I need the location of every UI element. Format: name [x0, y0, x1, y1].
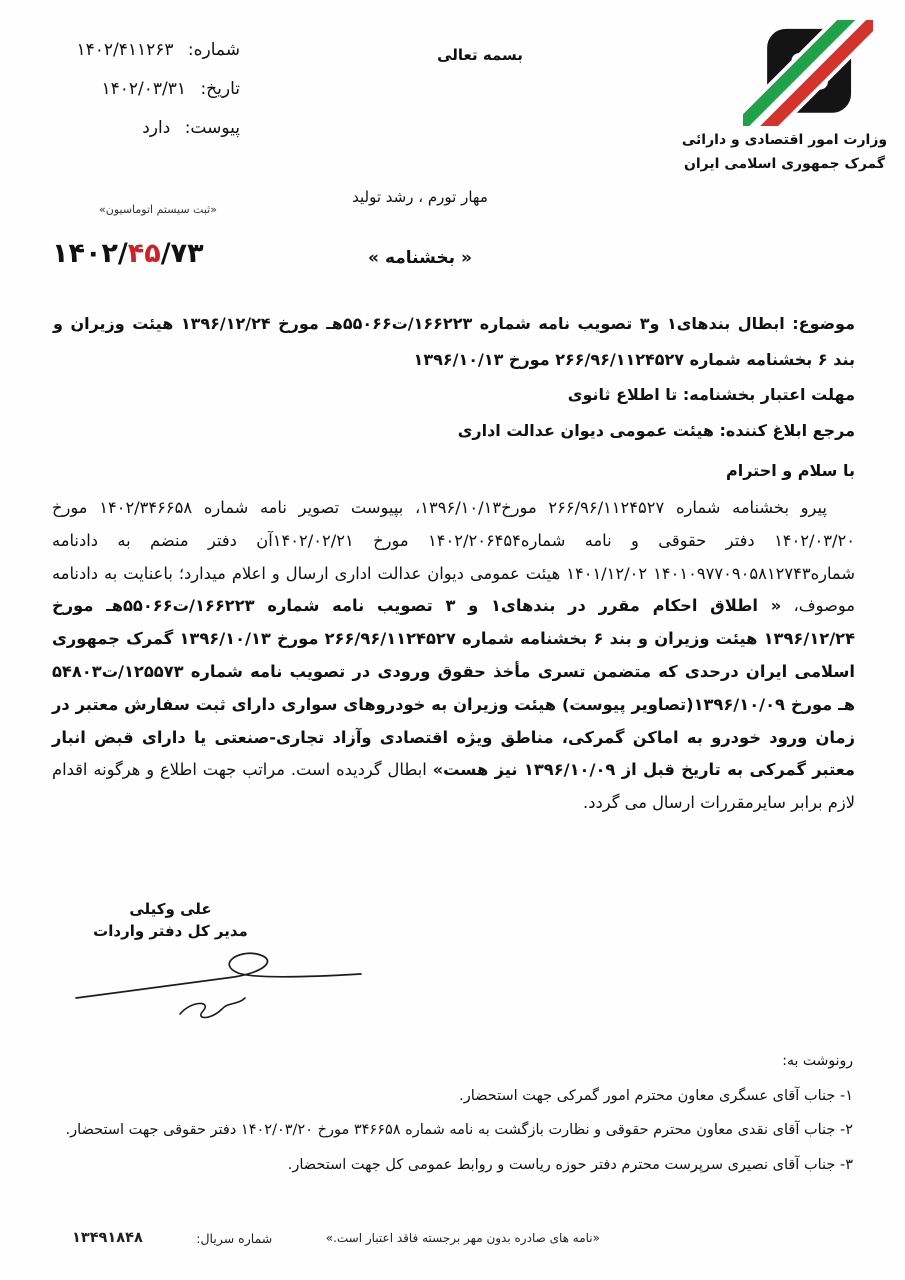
cc-item: ۲- جناب آقای نقدی معاون محترم حقوقی و نظ… — [53, 1113, 853, 1148]
subject-line: موضوع: ابطال بندهای۱ و۳ تصویب نامه شماره… — [53, 306, 855, 377]
body-segment-quote: « اطلاق احکام مقرر در بندهای۱ و ۳ تصویب … — [52, 596, 855, 779]
serial-label: شماره سریال: — [196, 1231, 272, 1246]
cc-block: رونوشت به: ۱- جناب آقای عسگری معاون محتر… — [53, 1044, 853, 1182]
signature-stroke-icon — [68, 938, 368, 1028]
year-slogan: مهار تورم ، رشد تولید — [330, 188, 510, 206]
letter-meta: شماره: ۱۴۰۲/۴۱۱۲۶۳ تاریخ: ۱۴۰۲/۰۳/۳۱ پیو… — [50, 40, 240, 157]
letter-number-value: ۱۴۰۲/۴۱۱۲۶۳ — [76, 40, 173, 60]
body-paragraph: پیرو بخشنامه شماره ۲۶۶/۹۶/۱۱۲۴۵۲۷ مورخ۱۳… — [52, 492, 855, 820]
letter-number-label: شماره: — [188, 40, 240, 60]
bismillah-text: بسمه تعالی — [390, 46, 570, 64]
cc-item: ۱- جناب آقای عسگری معاون محترم امور گمرک… — [53, 1079, 853, 1114]
signer-name: علی وکیلی — [58, 898, 283, 920]
circular-number-middle: ۴۵ — [128, 238, 161, 269]
cc-item: ۳- جناب آقای نصیری سرپرست محترم دفتر حوز… — [53, 1148, 853, 1183]
letter-attachment-value: دارد — [142, 118, 170, 138]
customs-logo — [733, 20, 883, 130]
organization-names: وزارت امور اقتصادی و دارائی گمرک جمهوری … — [677, 128, 892, 176]
letter-date-row: تاریخ: ۱۴۰۲/۰۳/۳۱ — [50, 79, 240, 99]
signature-block: علی وکیلی مدیر کل دفتر واردات — [58, 898, 283, 942]
circular-letter-page: شماره: ۱۴۰۲/۴۱۱۲۶۳ تاریخ: ۱۴۰۲/۰۳/۳۱ پیو… — [0, 0, 905, 1280]
customs-logo-icon — [743, 20, 873, 126]
authority-line: مرجع ابلاغ کننده: هیئت عمومی دیوان عدالت… — [53, 413, 855, 449]
salutation: با سلام و احترام — [53, 461, 855, 480]
circular-heading: « بخشنامه » — [355, 248, 485, 268]
letter-date-label: تاریخ: — [200, 79, 240, 99]
customs-name: گمرک جمهوری اسلامی ایران — [677, 152, 892, 176]
letter-number-row: شماره: ۱۴۰۲/۴۱۱۲۶۳ — [50, 40, 240, 60]
cc-label: رونوشت به: — [53, 1044, 853, 1079]
handwritten-signature — [68, 938, 368, 1032]
circular-number: ۱۴۰۲/۴۵/۷۳ — [52, 238, 204, 269]
automation-note: «ثبت سیستم اتوماسیون» — [88, 203, 228, 216]
circular-number-suffix: /۷۳ — [161, 238, 204, 269]
serial-value: ۱۳۴۹۱۸۴۸ — [72, 1230, 143, 1246]
letter-date-value: ۱۴۰۲/۰۳/۳۱ — [102, 79, 187, 99]
footer: «نامه های صادره بدون مهر برجسته فاقد اعت… — [72, 1230, 600, 1246]
letter-attachment-row: پیوست: دارد — [50, 118, 240, 138]
footer-notice: «نامه های صادره بدون مهر برجسته فاقد اعت… — [326, 1231, 600, 1245]
subject-block: موضوع: ابطال بندهای۱ و۳ تصویب نامه شماره… — [53, 306, 855, 448]
circular-number-year: ۱۴۰۲/ — [52, 238, 128, 269]
validity-line: مهلت اعتبار بخشنامه: تا اطلاع ثانوی — [53, 377, 855, 413]
ministry-name: وزارت امور اقتصادی و دارائی — [677, 128, 892, 152]
letter-attachment-label: پیوست: — [185, 118, 240, 138]
